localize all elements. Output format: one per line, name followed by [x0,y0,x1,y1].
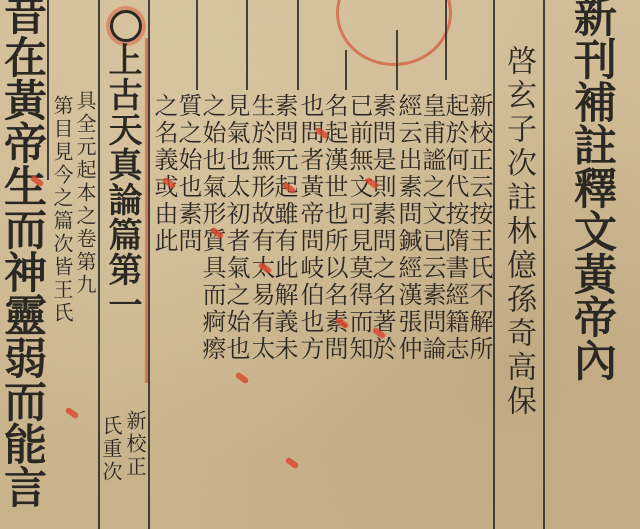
column-rule [148,0,150,529]
chapter-note: 氏重次 [101,415,121,484]
column-rule [543,0,545,529]
column-rule [297,0,299,90]
main-text-column: 昔在黃帝生而神靈弱而能言 [0,0,43,508]
commentary-column: 質之始也素問 [176,93,200,255]
chapter-note: 具全元起本之卷第九 [75,90,95,297]
author-line: 啓玄子次註林億孫奇高保 [503,45,533,419]
commentary-column: 經云出素問鍼經漢張仲 [396,93,420,363]
column-rule [47,0,49,180]
commentary-column: 見氣也太初者氣之始也 [224,93,248,363]
commentary-column: 新校正云按王氏不解所 [467,93,491,363]
commentary-column: 素問是則素問之名著於 [370,93,394,363]
column-rule [493,0,495,529]
column-rule [396,30,398,90]
commentary-column: 起於何代按隋書經籍志 [443,93,467,363]
chapter-heading: 上古天真論篇第一 [105,42,139,322]
chapter-note: 新校正 [125,410,145,479]
column-rule [345,50,347,90]
column-rule [196,0,198,90]
red-underline [145,38,148,383]
column-rule [246,0,248,90]
commentary-column: 生於無形故有太易有太 [249,93,273,363]
section-marker-circle [110,10,142,42]
commentary-column: 素問元起雖有此解義未 [272,93,296,363]
commentary-column: 皇甫謐之文已云素問論 [420,93,444,363]
chapter-note: 第目見今之篇次皆王氏 [52,95,72,325]
commentary-column: 之名義或由此 [152,93,176,255]
column-rule [445,0,447,80]
commentary-column: 已前無文可見莫得而知 [347,93,371,363]
title-column: 新刊補註釋文黃帝內 [570,0,613,381]
